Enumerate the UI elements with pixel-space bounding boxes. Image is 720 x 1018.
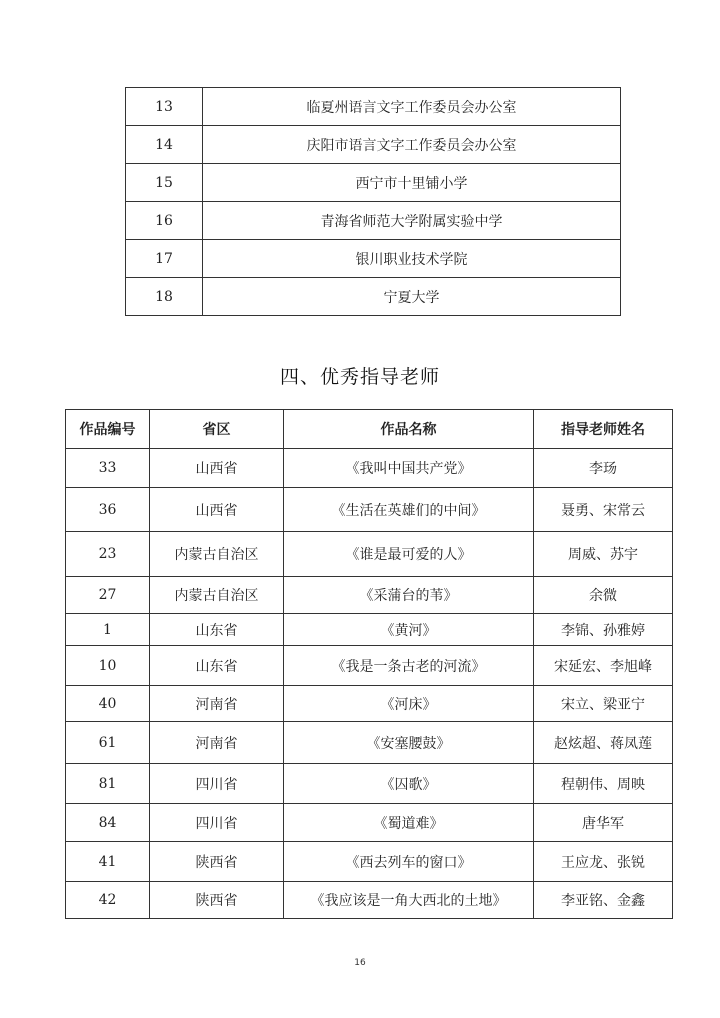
teacher-name: 周威、苏宇 bbox=[534, 532, 673, 577]
province: 河南省 bbox=[150, 722, 284, 764]
table-row: 16青海省师范大学附属实验中学 bbox=[126, 202, 621, 240]
table-row: 40河南省《河床》宋立、梁亚宁 bbox=[66, 686, 673, 722]
work-id: 61 bbox=[66, 722, 150, 764]
unit-name: 庆阳市语言文字工作委员会办公室 bbox=[203, 126, 621, 164]
table-row: 84四川省《蜀道难》唐华军 bbox=[66, 804, 673, 842]
table-row: 23内蒙古自治区《谁是最可爱的人》周威、苏宇 bbox=[66, 532, 673, 577]
work-name: 《安塞腰鼓》 bbox=[284, 722, 534, 764]
work-name: 《黄河》 bbox=[284, 614, 534, 646]
work-id: 23 bbox=[66, 532, 150, 577]
work-id: 84 bbox=[66, 804, 150, 842]
teacher-name: 李锦、孙雅婷 bbox=[534, 614, 673, 646]
table-row: 27内蒙古自治区《采蒲台的苇》余微 bbox=[66, 577, 673, 614]
unit-name: 宁夏大学 bbox=[203, 278, 621, 316]
table-row: 41陕西省《西去列车的窗口》王应龙、张锐 bbox=[66, 842, 673, 882]
province: 山东省 bbox=[150, 614, 284, 646]
work-id: 81 bbox=[66, 764, 150, 804]
teacher-name: 李亚铭、金鑫 bbox=[534, 882, 673, 919]
table-row: 1山东省《黄河》李锦、孙雅婷 bbox=[66, 614, 673, 646]
teacher-name: 王应龙、张锐 bbox=[534, 842, 673, 882]
province: 河南省 bbox=[150, 686, 284, 722]
unit-number: 13 bbox=[126, 88, 203, 126]
unit-number: 14 bbox=[126, 126, 203, 164]
teacher-name: 宋延宏、李旭峰 bbox=[534, 646, 673, 686]
table-row: 15西宁市十里铺小学 bbox=[126, 164, 621, 202]
work-id: 10 bbox=[66, 646, 150, 686]
work-name: 《囚歌》 bbox=[284, 764, 534, 804]
unit-number: 18 bbox=[126, 278, 203, 316]
header-province: 省区 bbox=[150, 410, 284, 449]
teacher-name: 李玚 bbox=[534, 449, 673, 488]
table-row: 61河南省《安塞腰鼓》赵炫超、蒋凤莲 bbox=[66, 722, 673, 764]
table-row: 10山东省《我是一条古老的河流》宋延宏、李旭峰 bbox=[66, 646, 673, 686]
work-name: 《西去列车的窗口》 bbox=[284, 842, 534, 882]
award-units-table: 13临夏州语言文字工作委员会办公室14庆阳市语言文字工作委员会办公室15西宁市十… bbox=[125, 87, 621, 316]
table-row: 36山西省《生活在英雄们的中间》聂勇、宋常云 bbox=[66, 488, 673, 532]
work-name: 《我应该是一角大西北的土地》 bbox=[284, 882, 534, 919]
work-id: 27 bbox=[66, 577, 150, 614]
teacher-name: 宋立、梁亚宁 bbox=[534, 686, 673, 722]
work-id: 41 bbox=[66, 842, 150, 882]
table-row: 14庆阳市语言文字工作委员会办公室 bbox=[126, 126, 621, 164]
unit-name: 银川职业技术学院 bbox=[203, 240, 621, 278]
work-name: 《河床》 bbox=[284, 686, 534, 722]
teacher-name: 聂勇、宋常云 bbox=[534, 488, 673, 532]
table-row: 81四川省《囚歌》程朝伟、周映 bbox=[66, 764, 673, 804]
province: 内蒙古自治区 bbox=[150, 577, 284, 614]
page-number: 16 bbox=[0, 958, 720, 968]
unit-name: 临夏州语言文字工作委员会办公室 bbox=[203, 88, 621, 126]
province: 四川省 bbox=[150, 804, 284, 842]
unit-number: 16 bbox=[126, 202, 203, 240]
work-name: 《我叫中国共产党》 bbox=[284, 449, 534, 488]
work-name: 《谁是最可爱的人》 bbox=[284, 532, 534, 577]
unit-name: 西宁市十里铺小学 bbox=[203, 164, 621, 202]
work-id: 42 bbox=[66, 882, 150, 919]
table-header-row: 作品编号 省区 作品名称 指导老师姓名 bbox=[66, 410, 673, 449]
work-name: 《采蒲台的苇》 bbox=[284, 577, 534, 614]
work-id: 40 bbox=[66, 686, 150, 722]
table-row: 17银川职业技术学院 bbox=[126, 240, 621, 278]
province: 内蒙古自治区 bbox=[150, 532, 284, 577]
unit-number: 17 bbox=[126, 240, 203, 278]
province: 山东省 bbox=[150, 646, 284, 686]
teacher-name: 程朝伟、周映 bbox=[534, 764, 673, 804]
work-name: 《生活在英雄们的中间》 bbox=[284, 488, 534, 532]
teacher-name: 唐华军 bbox=[534, 804, 673, 842]
work-id: 33 bbox=[66, 449, 150, 488]
table-row: 33山西省《我叫中国共产党》李玚 bbox=[66, 449, 673, 488]
teacher-name: 赵炫超、蒋凤莲 bbox=[534, 722, 673, 764]
unit-name: 青海省师范大学附属实验中学 bbox=[203, 202, 621, 240]
table-row: 13临夏州语言文字工作委员会办公室 bbox=[126, 88, 621, 126]
work-id: 36 bbox=[66, 488, 150, 532]
work-id: 1 bbox=[66, 614, 150, 646]
province: 山西省 bbox=[150, 449, 284, 488]
table-row: 42陕西省《我应该是一角大西北的土地》李亚铭、金鑫 bbox=[66, 882, 673, 919]
province: 陕西省 bbox=[150, 882, 284, 919]
section-title: 四、优秀指导老师 bbox=[0, 362, 720, 389]
province: 山西省 bbox=[150, 488, 284, 532]
teacher-name: 余微 bbox=[534, 577, 673, 614]
outstanding-teachers-table: 作品编号 省区 作品名称 指导老师姓名 33山西省《我叫中国共产党》李玚36山西… bbox=[65, 409, 673, 919]
work-name: 《我是一条古老的河流》 bbox=[284, 646, 534, 686]
header-teacher-name: 指导老师姓名 bbox=[534, 410, 673, 449]
province: 四川省 bbox=[150, 764, 284, 804]
work-name: 《蜀道难》 bbox=[284, 804, 534, 842]
header-work-id: 作品编号 bbox=[66, 410, 150, 449]
unit-number: 15 bbox=[126, 164, 203, 202]
header-work-name: 作品名称 bbox=[284, 410, 534, 449]
province: 陕西省 bbox=[150, 842, 284, 882]
table-row: 18宁夏大学 bbox=[126, 278, 621, 316]
